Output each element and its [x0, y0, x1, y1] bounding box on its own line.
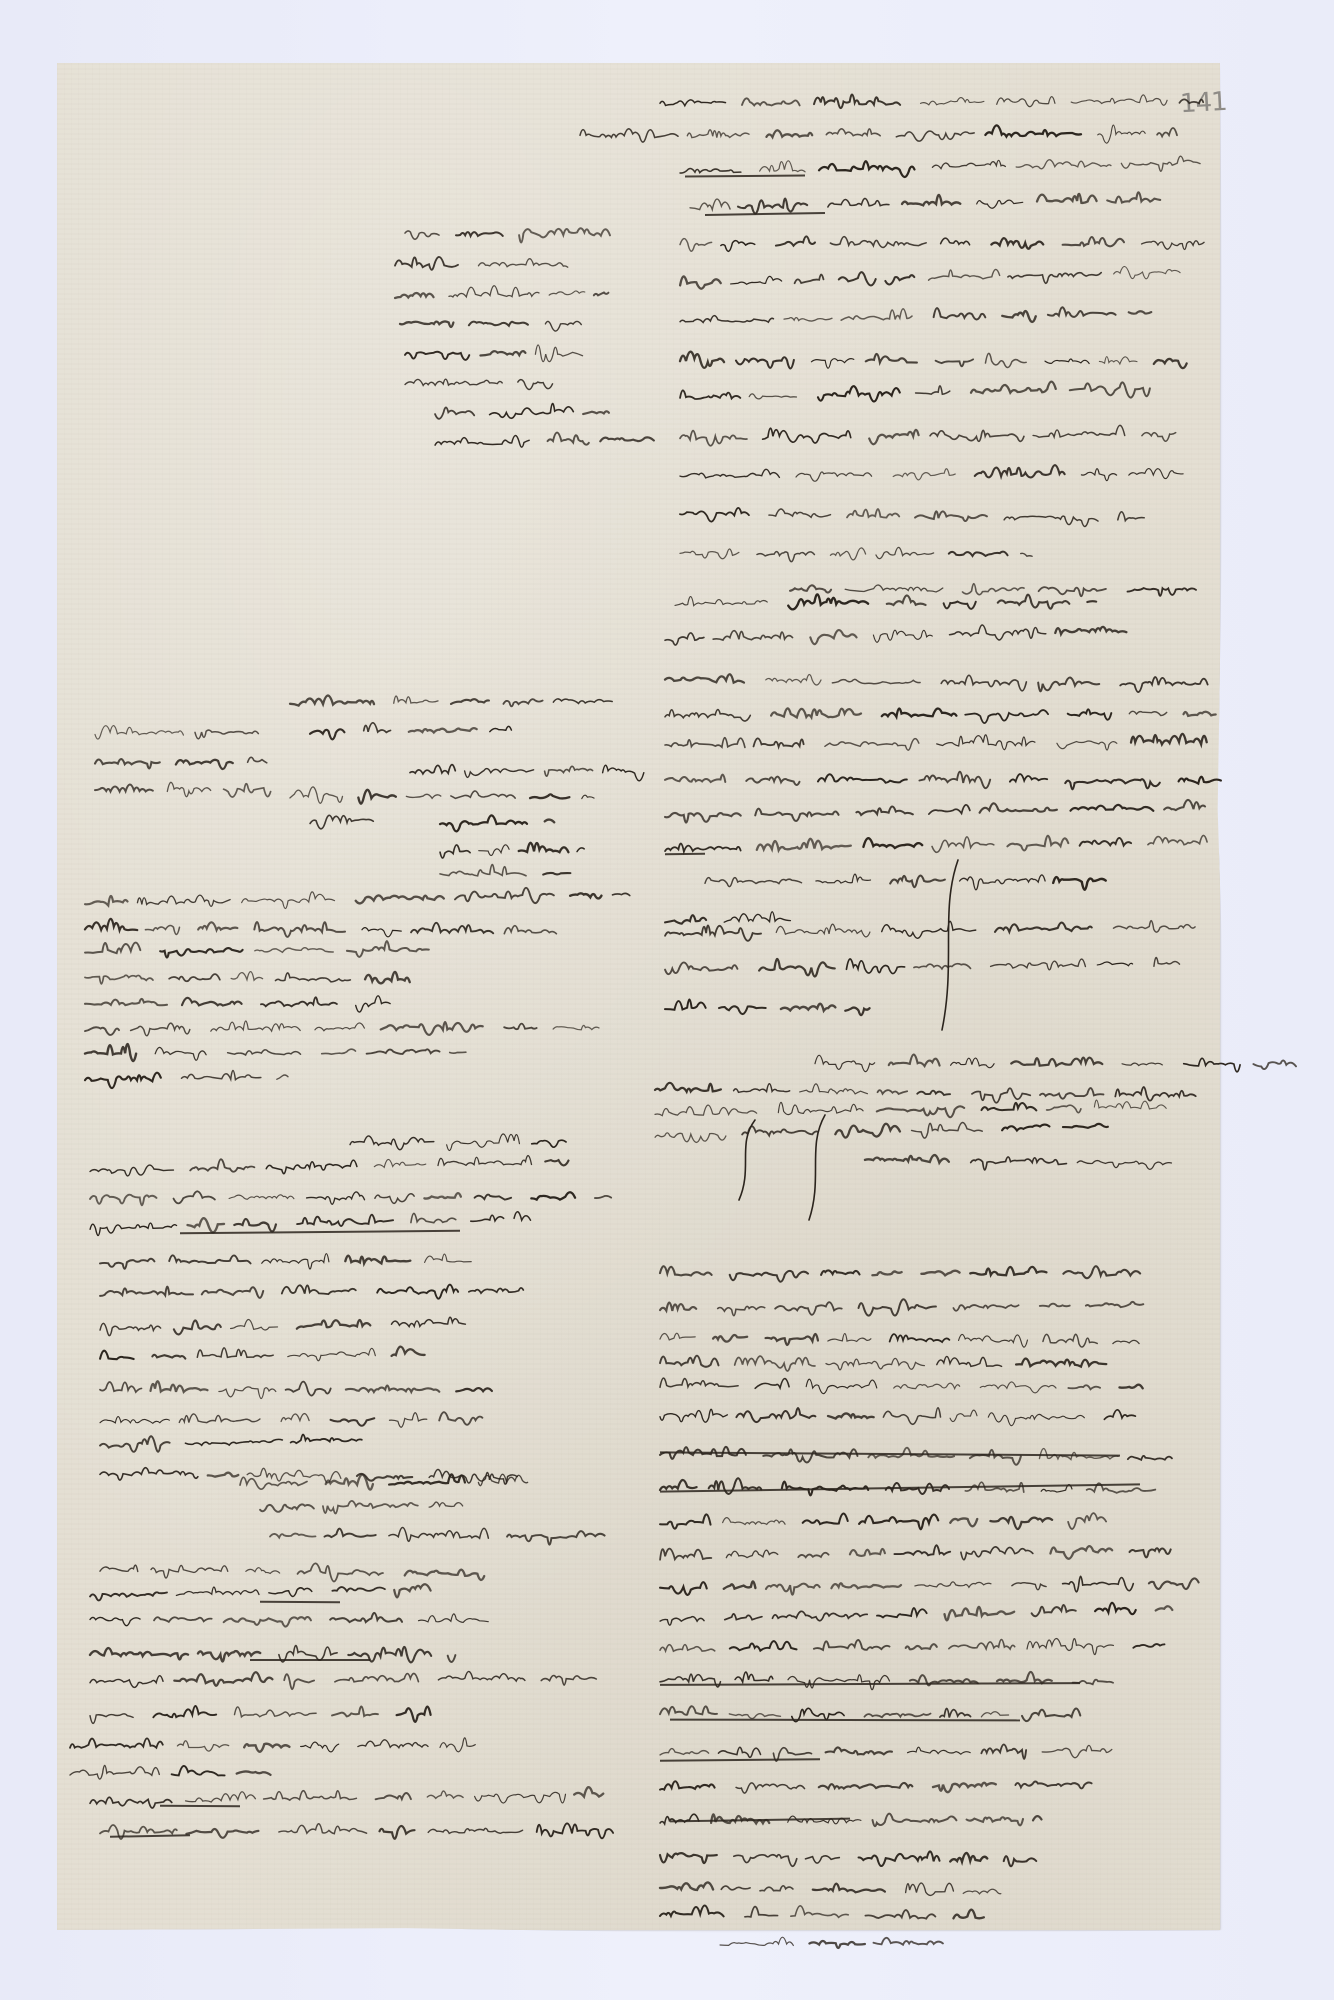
handwritten-line — [405, 368, 555, 392]
handwritten-line — [660, 1771, 1090, 1796]
handwritten-line — [665, 666, 1215, 693]
handwritten-line — [660, 1350, 1100, 1373]
handwritten-line — [100, 1247, 480, 1270]
handwritten-line — [400, 310, 580, 332]
handwritten-line — [660, 1632, 1160, 1658]
handwritten-line — [395, 252, 565, 274]
handwritten-line — [100, 1376, 490, 1398]
handwritten-line — [435, 398, 605, 422]
handwritten-line — [270, 1522, 620, 1545]
handwritten-line — [70, 1759, 270, 1782]
handwritten-line — [100, 1426, 360, 1454]
handwritten-line — [675, 589, 1095, 612]
handwritten-line — [90, 1606, 480, 1629]
handwritten-line — [440, 808, 550, 832]
handwritten-line — [85, 964, 405, 989]
handwritten-line — [405, 340, 575, 362]
handwritten-line — [665, 950, 1175, 978]
handwritten-line — [665, 700, 1215, 724]
handwritten-line — [660, 1372, 1140, 1396]
handwritten-line — [100, 1277, 520, 1302]
handwritten-line — [100, 1310, 460, 1338]
handwritten-line — [260, 1491, 460, 1516]
handwritten-line — [440, 860, 570, 882]
large-s-flourish-2 — [805, 1115, 835, 1220]
handwritten-line — [95, 776, 265, 798]
handwritten-line — [100, 1405, 480, 1430]
handwritten-line — [865, 1146, 1175, 1173]
handwritten-line — [660, 88, 1200, 112]
vertical-bracket-stroke — [938, 860, 968, 1030]
handwritten-line — [240, 1468, 530, 1492]
handwritten-line — [290, 782, 590, 805]
strikethrough-mark — [250, 1659, 370, 1661]
handwritten-line — [705, 867, 1105, 890]
handwritten-line — [90, 1184, 610, 1206]
handwritten-line — [680, 346, 1180, 370]
handwritten-line — [660, 1506, 1100, 1532]
handwritten-line — [660, 1324, 1130, 1350]
handwritten-line — [100, 1340, 420, 1366]
handwritten-line — [665, 994, 865, 1017]
handwritten-line — [660, 1402, 1130, 1426]
handwritten-line — [660, 1260, 1140, 1282]
handwritten-line — [90, 1700, 430, 1724]
handwritten-line — [660, 1666, 1110, 1690]
handwritten-line — [85, 936, 445, 960]
handwritten-line — [680, 421, 1170, 446]
handwritten-line — [665, 729, 1205, 754]
handwritten-line — [70, 1732, 490, 1754]
handwritten-line — [815, 1050, 1295, 1073]
handwritten-line — [720, 1929, 940, 1952]
handwritten-line — [660, 1292, 1140, 1318]
handwritten-line — [435, 426, 645, 452]
handwritten-line — [660, 1900, 980, 1925]
handwritten-line — [410, 757, 650, 780]
handwritten-line — [680, 540, 1030, 562]
handwritten-line — [85, 1064, 285, 1088]
handwritten-line — [310, 807, 370, 830]
handwritten-line — [95, 748, 265, 772]
handwritten-line — [680, 460, 1190, 484]
large-s-flourish — [735, 1120, 765, 1200]
handwritten-line — [665, 766, 1215, 790]
handwritten-line — [85, 990, 385, 1013]
handwritten-line — [680, 500, 1140, 528]
handwritten-line — [290, 687, 610, 712]
handwritten-line — [580, 120, 1170, 144]
handwritten-line — [680, 230, 1200, 252]
handwritten-line — [395, 280, 605, 304]
handwritten-line — [405, 220, 625, 242]
handwritten-line — [660, 1570, 1190, 1596]
strikethrough-mark — [160, 1805, 240, 1807]
handwritten-line — [85, 1038, 465, 1062]
handwritten-line — [100, 1818, 610, 1840]
handwritten-line — [90, 1665, 590, 1690]
handwritten-line — [660, 1842, 1030, 1869]
handwritten-line — [310, 717, 510, 740]
handwritten-line — [440, 836, 580, 860]
handwritten-line — [660, 1874, 1000, 1900]
handwritten-line — [95, 719, 255, 742]
handwritten-line — [85, 1014, 595, 1038]
